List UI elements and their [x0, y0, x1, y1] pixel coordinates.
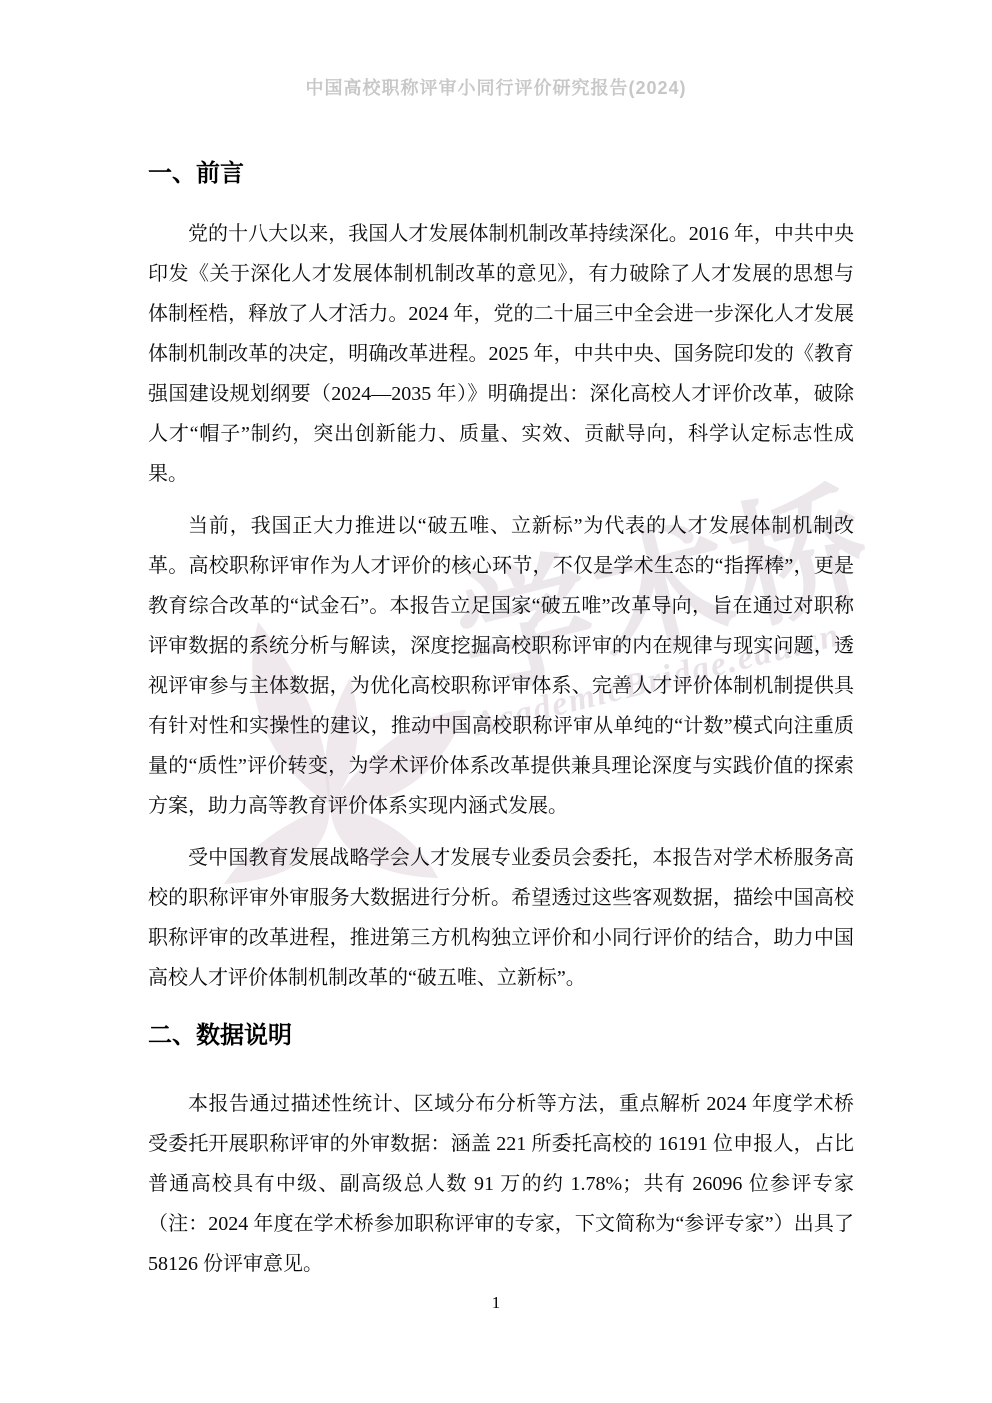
paragraph-foreword-2: 当前，我国正大力推进以“破五唯、立新标”为代表的人才发展体制机制改革。高校职称评…	[148, 506, 854, 826]
section-heading-data-description: 二、数据说明	[148, 1020, 854, 1052]
document-page: 学术桥 AcademicBridge.edu.cn 中国高校职称评审小同行评价研…	[0, 0, 992, 1403]
paragraph-data-description-1: 本报告通过描述性统计、区域分布分析等方法，重点解析 2024 年度学术桥受委托开…	[148, 1084, 854, 1284]
paragraph-foreword-1: 党的十八大以来，我国人才发展体制机制改革持续深化。2016 年，中共中央印发《关…	[148, 214, 854, 494]
running-header: 中国高校职称评审小同行评价研究报告(2024)	[0, 74, 992, 100]
page-number: 1	[0, 1293, 992, 1313]
document-body: 一、前言 党的十八大以来，我国人才发展体制机制改革持续深化。2016 年，中共中…	[148, 158, 854, 1296]
paragraph-foreword-3: 受中国教育发展战略学会人才发展专业委员会委托，本报告对学术桥服务高校的职称评审外…	[148, 838, 854, 998]
section-heading-foreword: 一、前言	[148, 158, 854, 190]
